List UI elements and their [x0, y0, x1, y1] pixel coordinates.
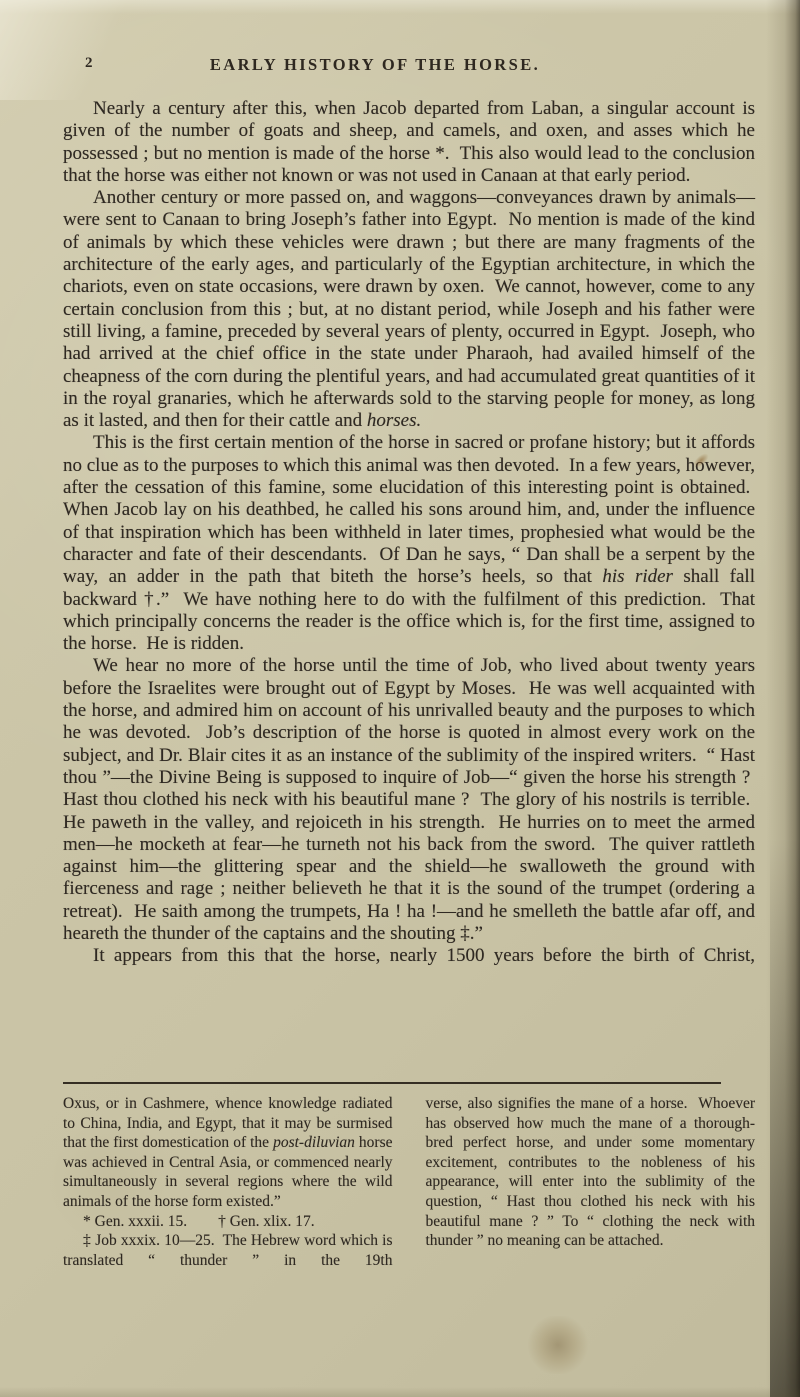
paper-stain	[527, 1316, 589, 1374]
footnote-continuation-oxus: Oxus, or in Cashmere, whence knowledge r…	[63, 1094, 393, 1212]
paragraph-job-description: We hear no more of the horse until the t…	[63, 655, 755, 945]
paragraph-waggons-egypt: Another century or more passed on, and w…	[63, 187, 755, 432]
page-header-title: EARLY HISTORY OF THE HORSE.	[63, 55, 687, 75]
paragraph-it-appears: It appears from this that the horse, nea…	[63, 945, 755, 967]
footnotes-section: Oxus, or in Cashmere, whence knowledge r…	[63, 1094, 755, 1270]
paragraph-first-mention: This is the first certain mention of the…	[63, 432, 755, 655]
page-content: 2 EARLY HISTORY OF THE HORSE. Nearly a c…	[63, 0, 755, 1270]
footnote-right-text: verse, also signifies the mane of a hors…	[426, 1094, 756, 1251]
book-page: 2 EARLY HISTORY OF THE HORSE. Nearly a c…	[0, 0, 800, 1397]
footnote-refs-line: * Gen. xxxii. 15. † Gen. xlix. 17.	[63, 1212, 393, 1232]
body-text: Nearly a century after this, when Jacob …	[63, 98, 755, 1078]
page-header: 2 EARLY HISTORY OF THE HORSE.	[63, 0, 755, 98]
footnote-job-reference: ‡ Job xxxix. 10—25. The Hebrew word whic…	[63, 1231, 393, 1270]
paragraph-jacob-laban: Nearly a century after this, when Jacob …	[63, 98, 755, 187]
page-right-edge-shadow	[766, 0, 800, 1397]
page-bottom-edge	[0, 1387, 800, 1397]
footnote-column-left: Oxus, or in Cashmere, whence knowledge r…	[63, 1094, 393, 1270]
footnote-rule	[63, 1082, 721, 1084]
page-right-edge-shadow-lower	[770, 837, 800, 1397]
footnote-column-right: verse, also signifies the mane of a hors…	[426, 1094, 756, 1270]
